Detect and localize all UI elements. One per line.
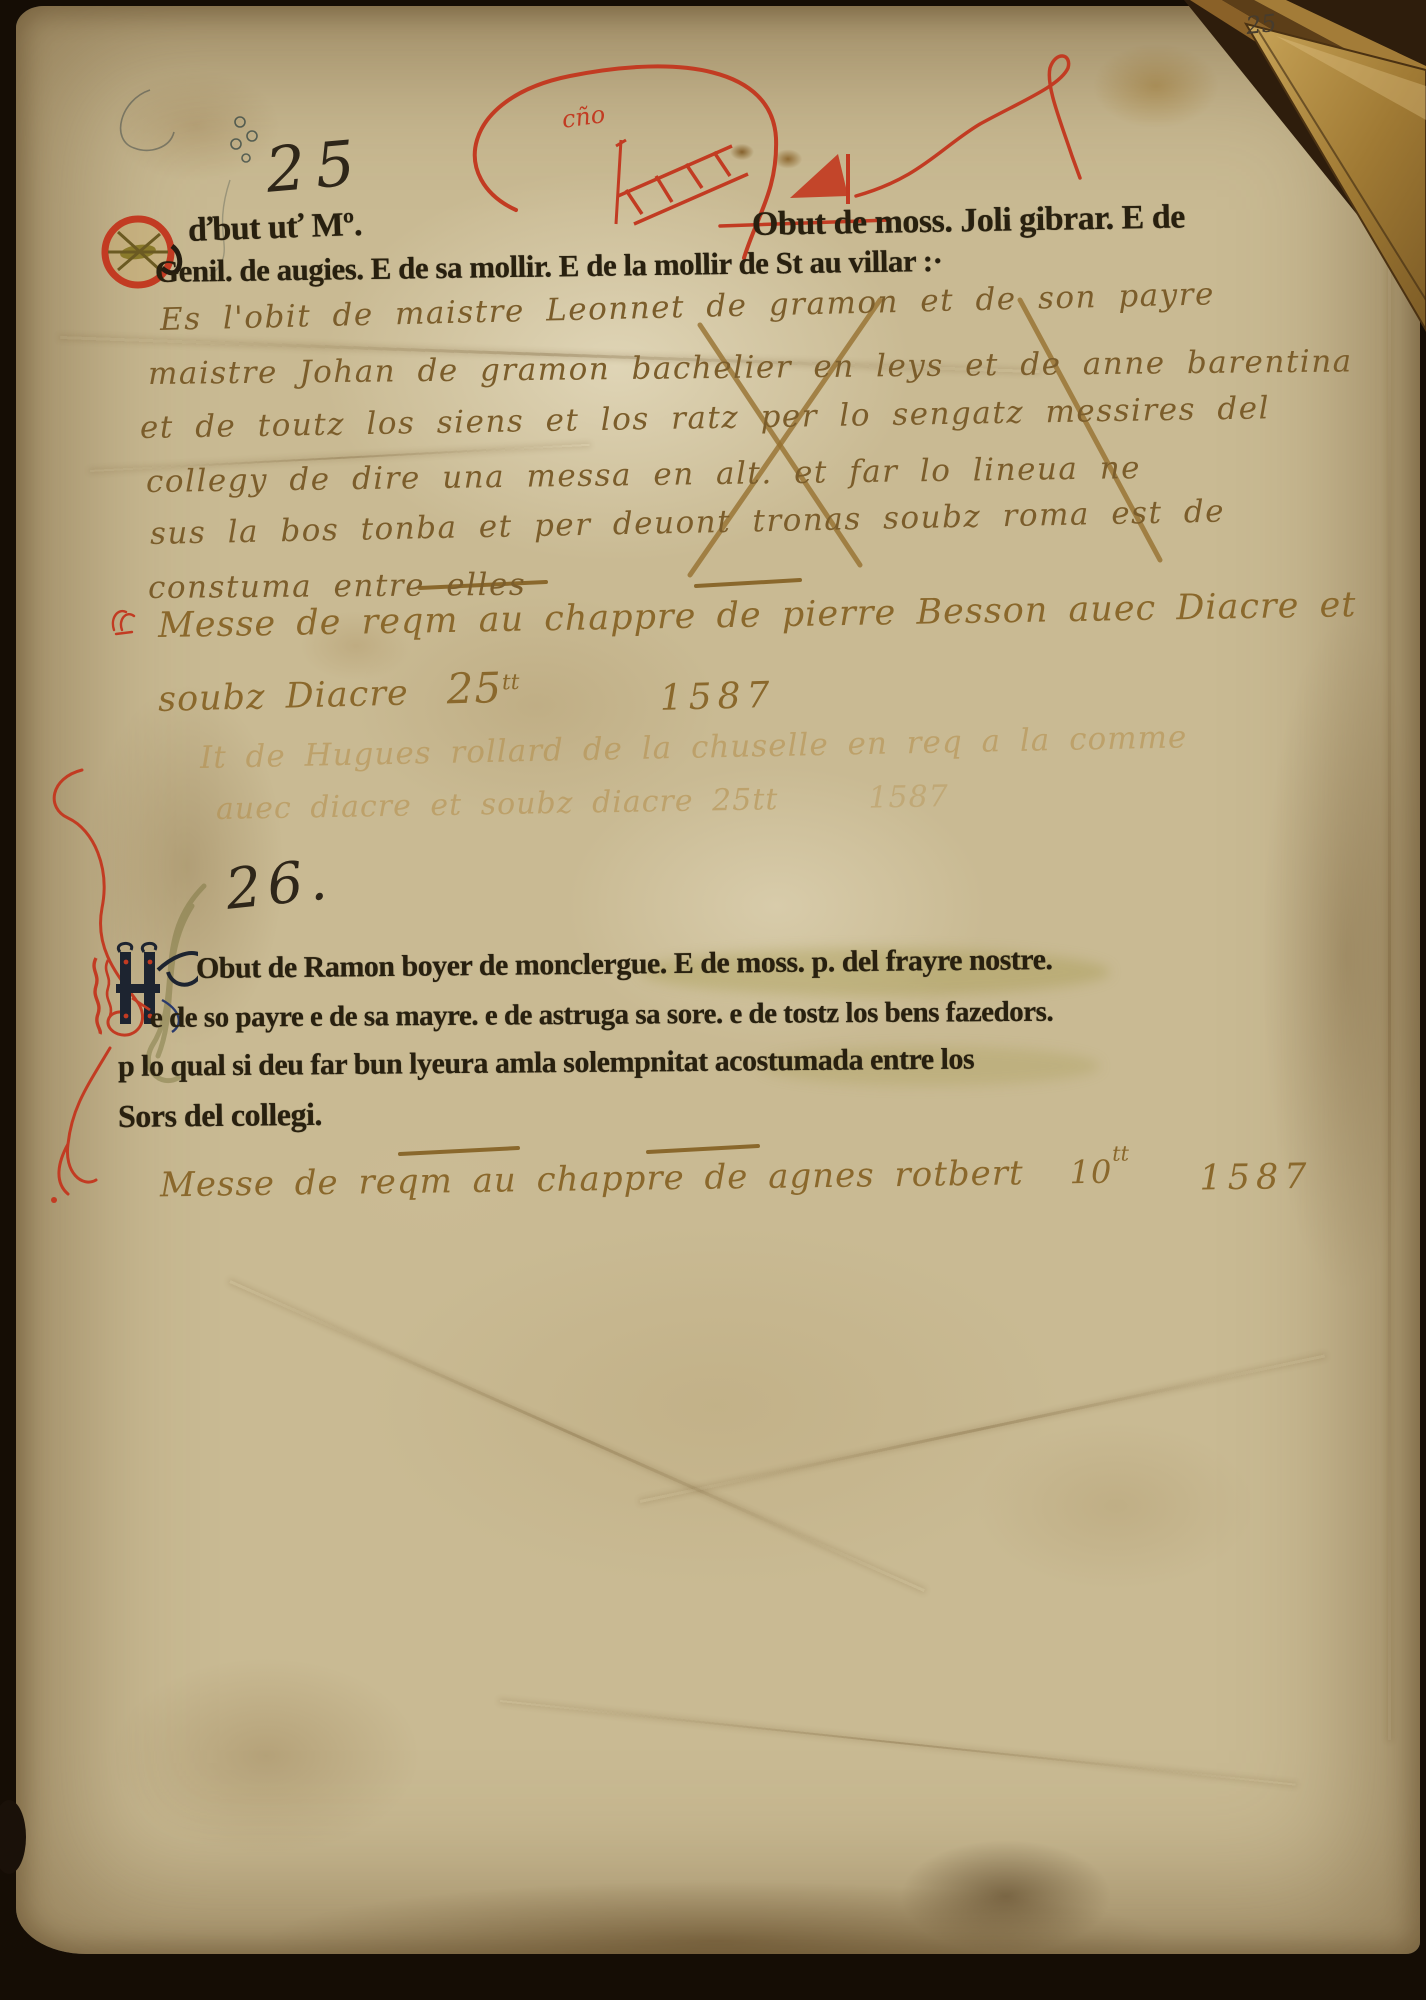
mass-amount: 10 <box>1069 1153 1112 1192</box>
corner-folio-number: 25 <box>1245 9 1278 40</box>
mass-amount: 25 <box>446 663 503 713</box>
red-margin-mark <box>108 600 142 640</box>
fore-edge-crease <box>1388 240 1391 1740</box>
section-26-number: 26. <box>223 847 336 923</box>
entry26-heading-line4: Sors del collegi. <box>118 1096 322 1135</box>
red-note-text: cño <box>560 100 607 134</box>
mass-year: 1587 <box>1199 1157 1313 1199</box>
faded-year: 1587 <box>868 779 949 815</box>
folio-number-large: 25 <box>263 126 368 207</box>
livre-symbol: tt <box>1112 1140 1129 1165</box>
mass-text: soubz Diacre <box>158 673 410 720</box>
entry26-heading-line2: e de so payre e de sa mayre. e de astrug… <box>150 996 1053 1035</box>
entry25-heading-line1: Obut de moss. Joli gibrar. E de <box>752 198 1185 244</box>
manuscript-scan: 25 cño 25 ďbut uť Mº. Obut de moss. Joli… <box>0 0 1426 2000</box>
livre-symbol: tt <box>502 670 520 695</box>
entry25-heading-penwork: ďbut uť Mº. <box>187 206 362 250</box>
mass-year: 1587 <box>659 675 776 719</box>
